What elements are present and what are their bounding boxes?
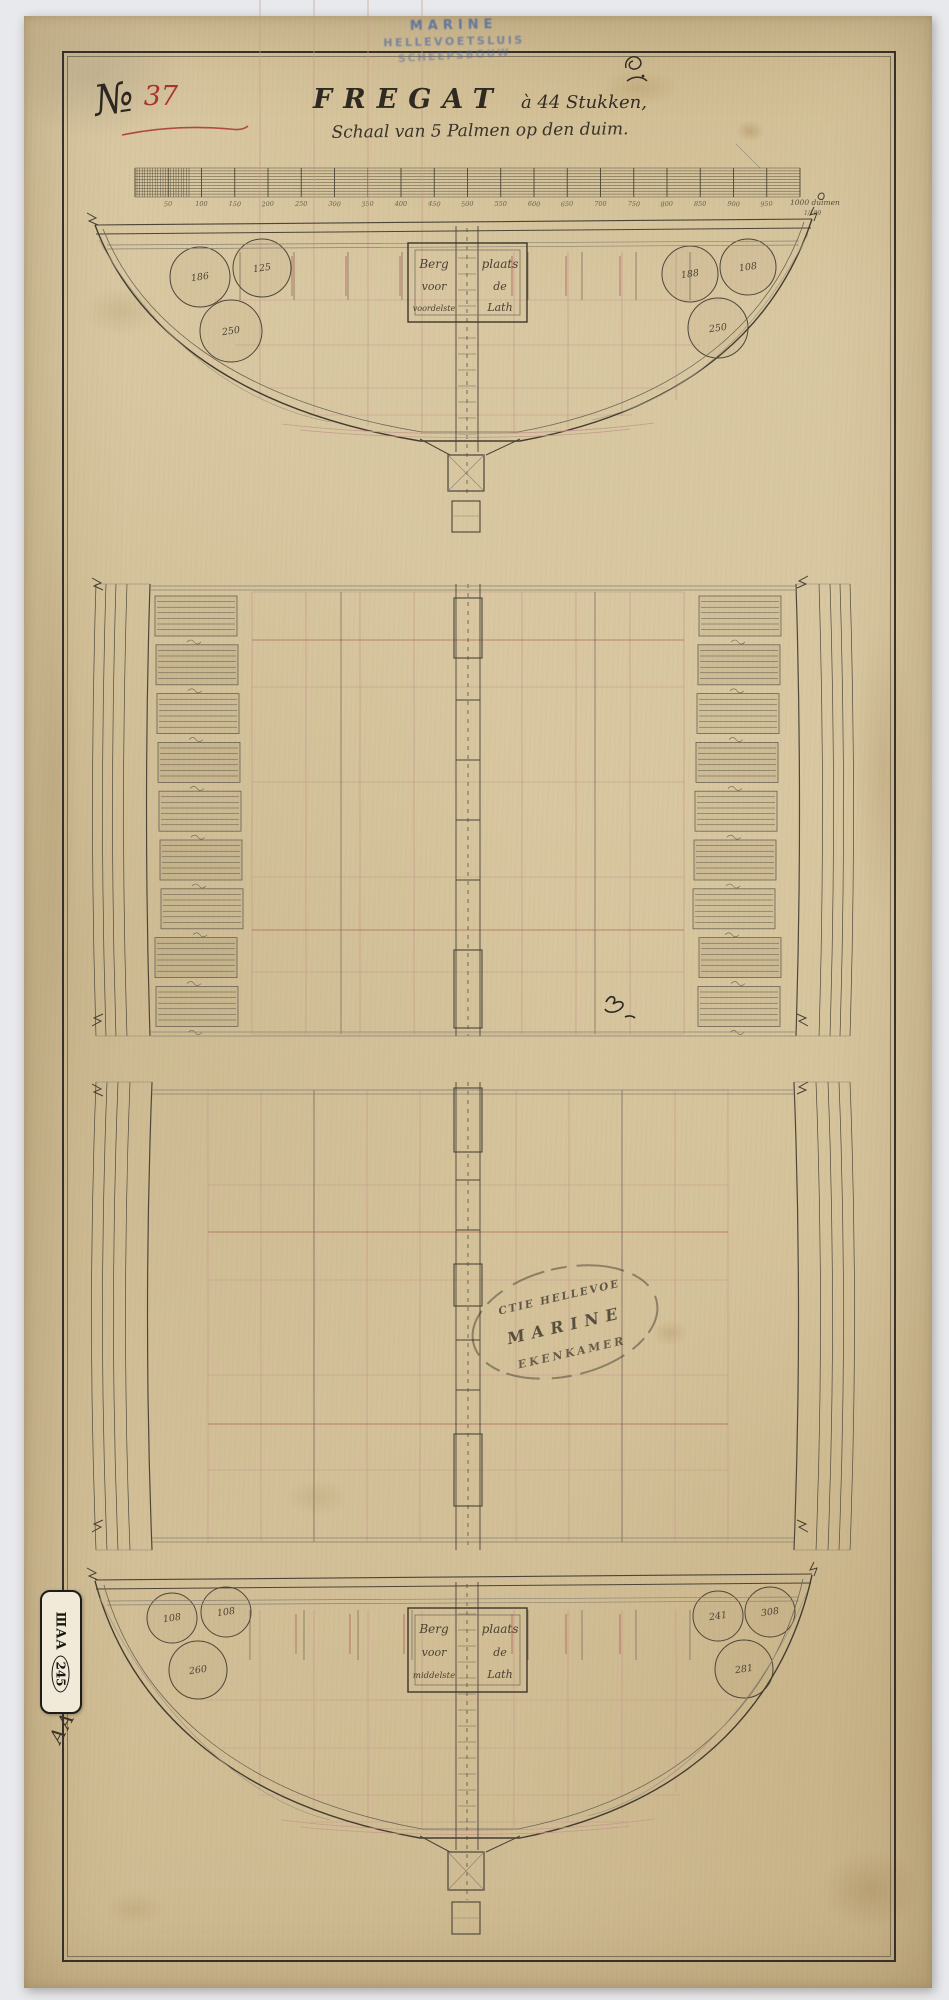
storage-word: Lath: [486, 301, 512, 314]
stray-mark: [736, 144, 760, 168]
stamp-line: MARINE: [364, 16, 544, 35]
storage-box: Berg plaats voor de voordelste Lath: [408, 243, 527, 322]
marine-oval-stamp: CTIE HELLEVOE MARINE EKENKAMER: [461, 1248, 668, 1396]
storage-word: de: [493, 280, 507, 293]
title-block: FREGAT à 44 Stukken, Schaal van 5 Palmen…: [135, 84, 825, 141]
storage-word: de: [493, 1646, 507, 1659]
storage-word: Berg: [418, 1622, 449, 1636]
storage-word: voor: [422, 280, 447, 293]
keel-assembly: [420, 1836, 520, 1934]
keel-assembly: [420, 439, 520, 532]
scanned-ship-draught: MARINE HELLEVOETSLUIS SCHEEPSBOUW №37 FR…: [0, 0, 949, 2000]
title-suffix: à 44 Stukken,: [521, 92, 647, 113]
bottom-cross-section: 108108260241308281 Berg plaats v: [82, 1555, 824, 1955]
shipyard-ink-stamp: MARINE HELLEVOETSLUIS SCHEEPSBOUW: [364, 16, 545, 64]
storage-word: middelste: [413, 1671, 455, 1681]
storage-word: voor: [422, 1646, 447, 1659]
storage-word: Lath: [486, 1668, 512, 1681]
deck-beams: [95, 219, 812, 249]
upper-deck-plan: [85, 570, 860, 1050]
number-prefix: №: [91, 71, 137, 125]
archive-label: ⅢAA 245: [40, 1590, 82, 1714]
storage-word: plaats: [482, 257, 519, 271]
storage-box: Berg plaats voor de middelste Lath: [408, 1608, 527, 1692]
lower-deck-plan: CTIE HELLEVOE MARINE EKENKAMER: [85, 1075, 860, 1560]
deck-edges: [152, 1090, 794, 1542]
title-subtitle: Schaal van 5 Palmen op den duim.: [135, 117, 825, 145]
top-cross-section: 186125250188108250 Berg plaats: [82, 200, 824, 545]
title-main: FREGAT: [313, 84, 504, 115]
storage-word: plaats: [482, 1622, 519, 1636]
ink-doodle: [612, 42, 656, 86]
storage-word: voordelste: [413, 304, 456, 313]
archive-number: 245: [52, 1655, 70, 1692]
deck-plan-details: [93, 584, 854, 1036]
corner-flourish: [92, 1082, 808, 1532]
storage-word: Berg: [418, 257, 449, 271]
archive-series: ⅢAA: [54, 1611, 69, 1650]
ink-scribble: [605, 997, 635, 1018]
archive-label-text: ⅢAA 245: [52, 1611, 70, 1692]
